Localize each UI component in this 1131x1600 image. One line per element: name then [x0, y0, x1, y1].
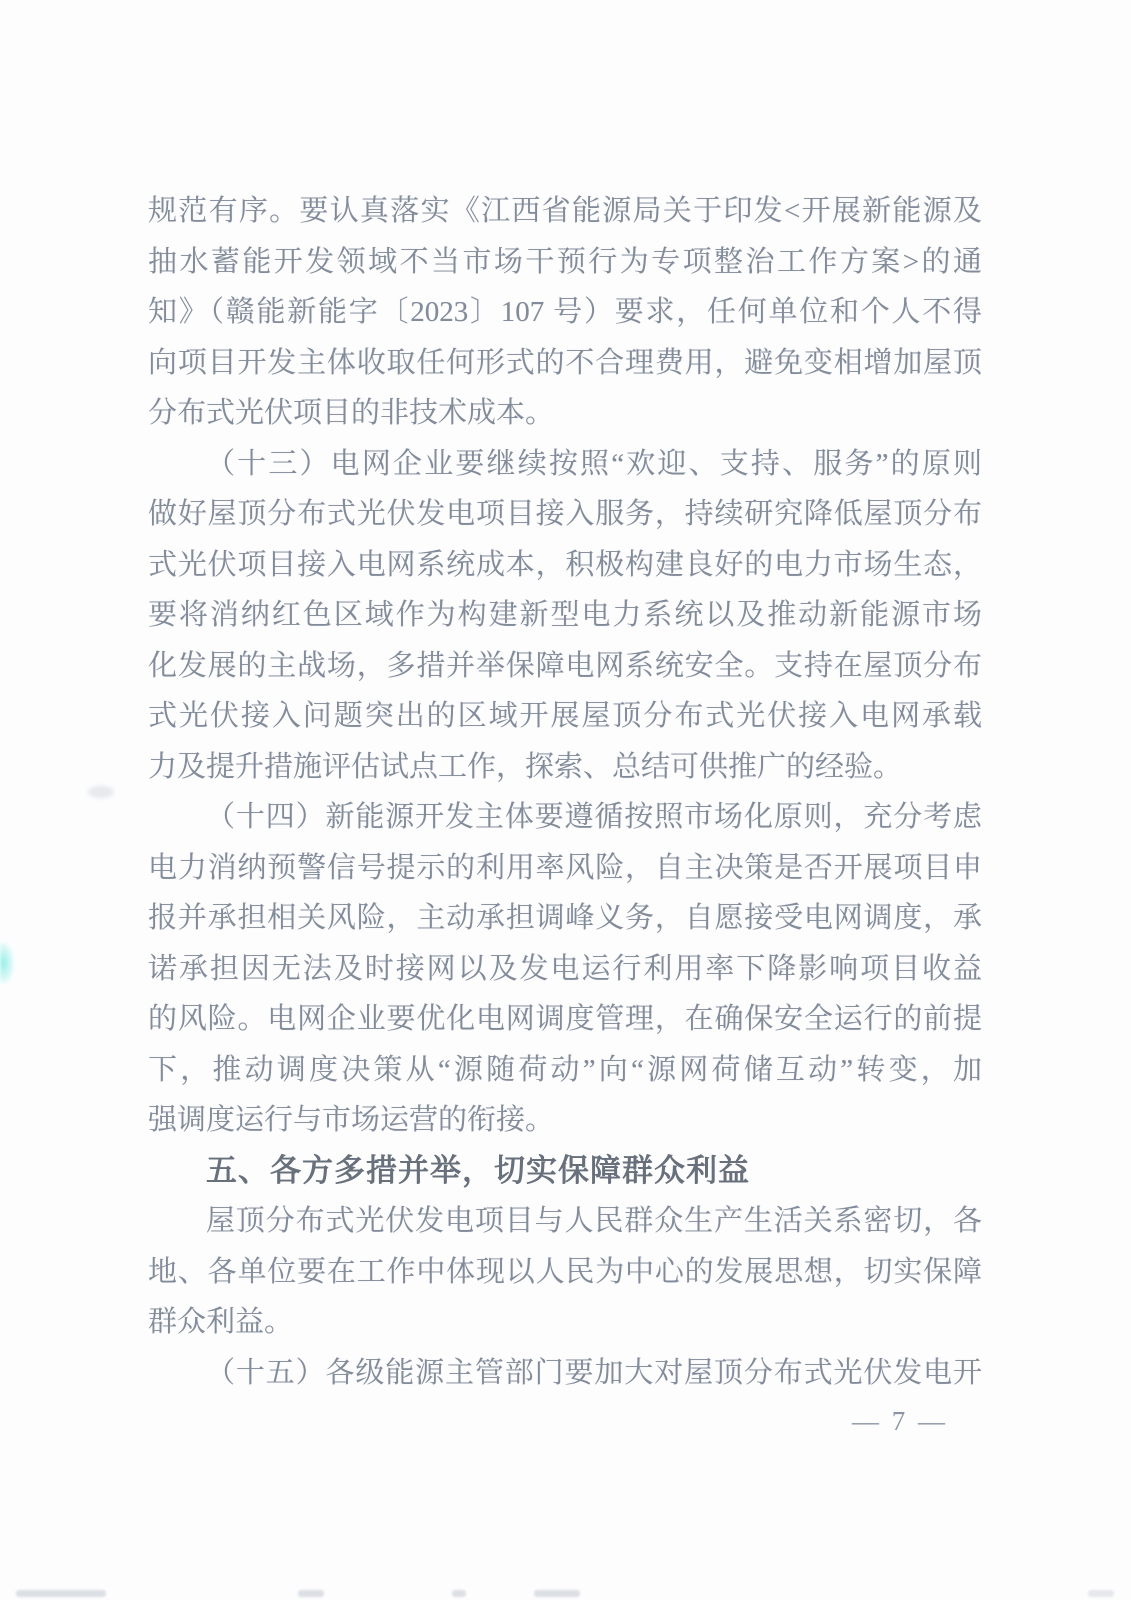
text-line: 式光伏接入问题突出的区域开展屋顶分布式光伏接入电网承载: [148, 691, 982, 742]
text-line: 知》（赣能新能字〔2023〕107 号）要求，任何单位和个人不得: [148, 287, 982, 338]
text-line: 强调度运行与市场运营的衔接。: [148, 1095, 982, 1146]
scan-artifact-bottom-smudge: [1088, 1590, 1114, 1597]
text-line: 力及提升措施评估试点工作，探索、总结可供推广的经验。: [148, 742, 982, 793]
scan-artifact-bottom-smudge: [534, 1590, 580, 1597]
text-line: 抽水蓄能开发领域不当市场干预行为专项整治工作方案>的通: [148, 237, 982, 288]
text-line: 电力消纳预警信号提示的利用率风险，自主决策是否开展项目申: [148, 843, 982, 894]
section-heading: 五、各方多措并举，切实保障群众利益: [148, 1146, 982, 1197]
text-line: 要将消纳红色区域作为构建新型电力系统以及推动新能源市场: [148, 590, 982, 641]
text-line: 的风险。电网企业要优化电网调度管理，在确保安全运行的前提: [148, 994, 982, 1045]
text-line: （十四）新能源开发主体要遵循按照市场化原则，充分考虑: [148, 792, 982, 843]
scan-artifact-bottom-smudge: [452, 1590, 466, 1597]
document-page: 规范有序。要认真落实《江西省能源局关于印发<开展新能源及抽水蓄能开发领域不当市场…: [0, 0, 1131, 1600]
text-line: 式光伏项目接入电网系统成本，积极构建良好的电力市场生态，: [148, 540, 982, 591]
text-line: 报并承担相关风险，主动承担调峰义务，自愿接受电网调度，承: [148, 893, 982, 944]
text-line: （十五）各级能源主管部门要加大对屋顶分布式光伏发电开: [148, 1348, 982, 1399]
scan-artifact-bottom-smudge: [16, 1590, 106, 1597]
text-line: 化发展的主战场，多措并举保障电网系统安全。支持在屋顶分布: [148, 641, 982, 692]
text-line: 向项目开发主体收取任何形式的不合理费用，避免变相增加屋顶: [148, 338, 982, 389]
text-line: 规范有序。要认真落实《江西省能源局关于印发<开展新能源及: [148, 186, 982, 237]
page-number: — 7 —: [852, 1406, 992, 1437]
scan-artifact-bottom-smudge: [298, 1590, 324, 1597]
text-line: 做好屋顶分布式光伏发电项目接入服务，持续研究降低屋顶分布: [148, 489, 982, 540]
text-line: 群众利益。: [148, 1297, 982, 1348]
text-line: 屋顶分布式光伏发电项目与人民群众生产生活关系密切，各: [148, 1196, 982, 1247]
text-line: 分布式光伏项目的非技术成本。: [148, 388, 982, 439]
scan-artifact-gray-dot: [88, 786, 114, 798]
scan-artifact-cyan-smudge: [0, 942, 14, 984]
text-line: 下，推动调度决策从“源随荷动”向“源网荷储互动”转变，加: [148, 1045, 982, 1096]
text-line: （十三）电网企业要继续按照“欢迎、支持、服务”的原则: [148, 439, 982, 490]
text-line: 诺承担因无法及时接网以及发电运行利用率下降影响项目收益: [148, 944, 982, 995]
document-body: 规范有序。要认真落实《江西省能源局关于印发<开展新能源及抽水蓄能开发领域不当市场…: [148, 186, 982, 1398]
text-line: 地、各单位要在工作中体现以人民为中心的发展思想，切实保障: [148, 1247, 982, 1298]
